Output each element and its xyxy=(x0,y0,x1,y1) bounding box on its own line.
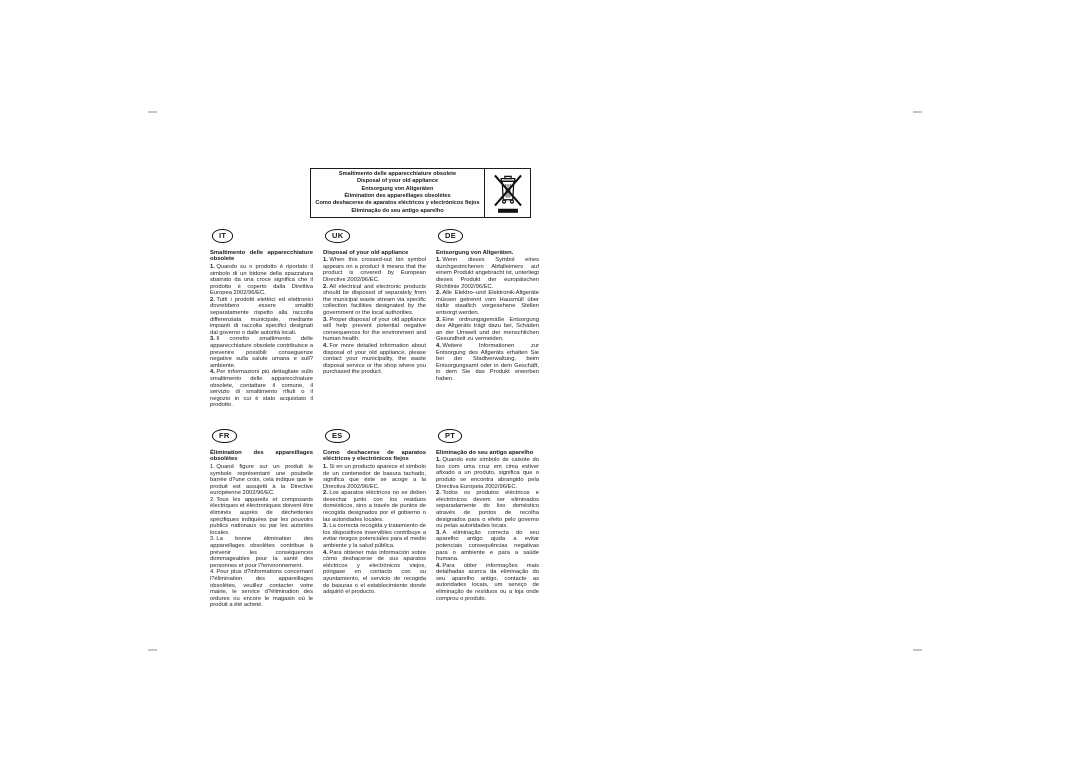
list-item: 3.Il corretto smaltimento delle apparecc… xyxy=(210,336,313,369)
manual-page: Smaltimento delle apparecchiature obsole… xyxy=(0,0,1080,763)
section-heading: Eliminação do seu antigo aparelho xyxy=(436,450,539,457)
item-number: 1. xyxy=(436,257,441,263)
list-item: 1.Si en un producto aparece el símbolo d… xyxy=(323,464,426,490)
list-item: 4.Para obter informações mais detalhadas… xyxy=(436,563,539,603)
item-text: Eine ordnungsgemäße Entsorgung des Altge… xyxy=(436,317,539,343)
title-line-es: Como deshacerse de aparatos eléctricos y… xyxy=(315,200,479,207)
list-item: 4.Per informazioni più dettagliate sullo… xyxy=(210,369,313,409)
item-number: 4. xyxy=(210,569,215,575)
title-lines: Smaltimento delle apparecchiature obsole… xyxy=(311,169,484,217)
section-es: ES Como deshacerse de aparatos eléctrico… xyxy=(323,425,426,609)
item-number: 1. xyxy=(323,464,328,470)
item-number: 3. xyxy=(210,336,215,342)
title-line-fr: Élimination des appareillages obsolètes xyxy=(344,193,450,200)
language-badge-fr: FR xyxy=(212,429,237,443)
crop-mark xyxy=(913,649,922,651)
list-item: 3.A eliminação correcta do seu aparelho … xyxy=(436,530,539,563)
weee-crossed-out-wheelie-bin-icon xyxy=(484,169,530,217)
item-number: 3. xyxy=(436,317,441,323)
list-item: 1.Quando su n prodotto è riportato il si… xyxy=(210,264,313,297)
item-text: A eliminação correcta do seu aparelho an… xyxy=(436,530,539,562)
title-line-uk: Disposal of your old appliance xyxy=(357,178,438,185)
language-badge-de: DE xyxy=(438,229,463,243)
sections-row-2: FR Élimination des appareillages obsolèt… xyxy=(210,425,540,609)
badge-label: UK xyxy=(332,231,343,240)
item-number: 2. xyxy=(210,297,215,303)
section-heading: Élimination des appareillages obsolètes xyxy=(210,450,313,463)
item-text: Tutti i prodotti elettrici ed elettronic… xyxy=(210,297,313,336)
disposal-title-box: Smaltimento delle apparecchiature obsole… xyxy=(310,168,531,218)
badge-label: DE xyxy=(445,231,456,240)
title-line-de: Entsorgung von Altgeräten xyxy=(362,186,434,193)
item-text: Il corretto smaltimento delle apparecchi… xyxy=(210,336,313,368)
language-badge-uk: UK xyxy=(325,229,350,243)
item-number: 4. xyxy=(436,563,441,569)
section-de: DE Entsorgung von Altgeräten. 1.Wenn die… xyxy=(436,225,539,409)
language-badge-pt: PT xyxy=(438,429,462,443)
list-item: 1.Quando este símbolo de caixote do lixo… xyxy=(436,457,539,490)
item-text: When this crossed-out bin symbol appears… xyxy=(323,257,426,283)
list-item: 1.Quand figure sur un produit le symbole… xyxy=(210,464,313,497)
list-item: 2.All electrical and electronic products… xyxy=(323,284,426,317)
list-item: 3.La bonne élimination des appareillages… xyxy=(210,536,313,569)
item-number: 3. xyxy=(436,530,441,536)
title-line-pt: Eliminação do seu antigo aparelho xyxy=(351,208,443,215)
section-heading: Smaltimento delle apparecchiature obsole… xyxy=(210,250,313,263)
item-number: 2. xyxy=(436,290,441,296)
list-item: 2.Tutti i prodotti elettrici ed elettron… xyxy=(210,297,313,337)
sections-row-1: IT Smaltimento delle apparecchiature obs… xyxy=(210,225,540,409)
item-text: Tous les appareils et composants électri… xyxy=(210,497,313,536)
item-number: 2. xyxy=(323,490,328,496)
item-text: Quando su n prodotto è riportato il simb… xyxy=(210,264,313,296)
list-item: 2.Tous les appareils et composants élect… xyxy=(210,497,313,537)
item-number: 4. xyxy=(323,343,328,349)
language-badge-it: IT xyxy=(212,229,233,243)
item-text: Si en un producto aparece el símbolo de … xyxy=(323,464,426,490)
language-badge-es: ES xyxy=(325,429,350,443)
section-fr: FR Élimination des appareillages obsolèt… xyxy=(210,425,313,609)
item-text: Weitere Informationen zur Entsorgung des… xyxy=(436,343,539,382)
item-number: 2. xyxy=(210,497,215,503)
item-text: Alle Elektro–und Elektronik-Altgeräte mü… xyxy=(436,290,539,316)
item-number: 2. xyxy=(436,490,441,496)
item-number: 4. xyxy=(323,550,328,556)
list-item: 2.Alle Elektro–und Elektronik-Altgeräte … xyxy=(436,290,539,316)
item-number: 3. xyxy=(323,317,328,323)
list-item: 3.La correcta recogida y tratamiento de … xyxy=(323,523,426,549)
list-item: 4.Weitere Informationen zur Entsorgung d… xyxy=(436,343,539,383)
section-heading: Como deshacerse de aparatos eléctricos y… xyxy=(323,450,426,463)
section-heading: Entsorgung von Altgeräten. xyxy=(436,250,539,257)
crop-mark xyxy=(148,111,157,113)
badge-label: ES xyxy=(332,431,343,440)
item-text: Todos os produtos eléctricos e electróni… xyxy=(436,490,539,529)
section-pt: PT Eliminação do seu antigo aparelho 1.Q… xyxy=(436,425,539,609)
list-item: 2.Todos os produtos eléctricos e electró… xyxy=(436,490,539,530)
item-number: 4. xyxy=(436,343,441,349)
item-text: Para obtener más información sobre cómo … xyxy=(323,550,426,596)
badge-label: IT xyxy=(219,231,226,240)
item-text: Proper disposal of your old appliance wi… xyxy=(323,317,426,343)
item-text: Pour plus d?informations concernant l?él… xyxy=(210,569,313,608)
item-number: 3. xyxy=(210,536,215,542)
item-text: Los aparatos eléctricos no se deben dese… xyxy=(323,490,426,522)
item-text: Quando este símbolo de caixote do lixo c… xyxy=(436,457,539,489)
list-item: 3.Eine ordnungsgemäße Entsorgung des Alt… xyxy=(436,317,539,343)
item-text: La correcta recogida y tratamiento de lo… xyxy=(323,523,426,549)
item-text: For more detailed information about disp… xyxy=(323,343,426,375)
crop-mark xyxy=(913,111,922,113)
list-item: 4.For more detailed information about di… xyxy=(323,343,426,376)
item-text: La bonne élimination des appareillages o… xyxy=(210,536,313,568)
item-number: 3. xyxy=(323,523,328,529)
badge-label: PT xyxy=(445,431,455,440)
title-line-it: Smaltimento delle apparecchiature obsole… xyxy=(339,171,456,178)
crop-mark xyxy=(148,649,157,651)
badge-label: FR xyxy=(219,431,230,440)
item-number: 1. xyxy=(436,457,441,463)
item-text: Per informazioni più dettagliate sullo s… xyxy=(210,369,313,408)
item-number: 1. xyxy=(323,257,328,263)
list-item: 4.Pour plus d?informations concernant l?… xyxy=(210,569,313,609)
section-uk: UK Disposal of your old appliance 1.When… xyxy=(323,225,426,409)
item-number: 4. xyxy=(210,369,215,375)
list-item: 2.Los aparatos eléctricos no se deben de… xyxy=(323,490,426,523)
section-heading: Disposal of your old appliance xyxy=(323,250,426,257)
section-it: IT Smaltimento delle apparecchiature obs… xyxy=(210,225,313,409)
item-text: Para obter informações mais detalhadas a… xyxy=(436,563,539,602)
item-number: 2. xyxy=(323,284,328,290)
item-number: 1. xyxy=(210,264,215,270)
weee-bin-glyph xyxy=(490,172,526,214)
list-item: 1.When this crossed-out bin symbol appea… xyxy=(323,257,426,283)
list-item: 1.Wenn dieses Symbol eines durchgestrich… xyxy=(436,257,539,290)
list-item: 4.Para obtener más información sobre cóm… xyxy=(323,550,426,596)
item-number: 1. xyxy=(210,464,215,470)
item-text: Wenn dieses Symbol eines durchgestrichen… xyxy=(436,257,539,289)
item-text: All electrical and electronic products s… xyxy=(323,284,426,316)
list-item: 3.Proper disposal of your old appliance … xyxy=(323,317,426,343)
item-text: Quand figure sur un produit le symbole r… xyxy=(210,464,313,496)
